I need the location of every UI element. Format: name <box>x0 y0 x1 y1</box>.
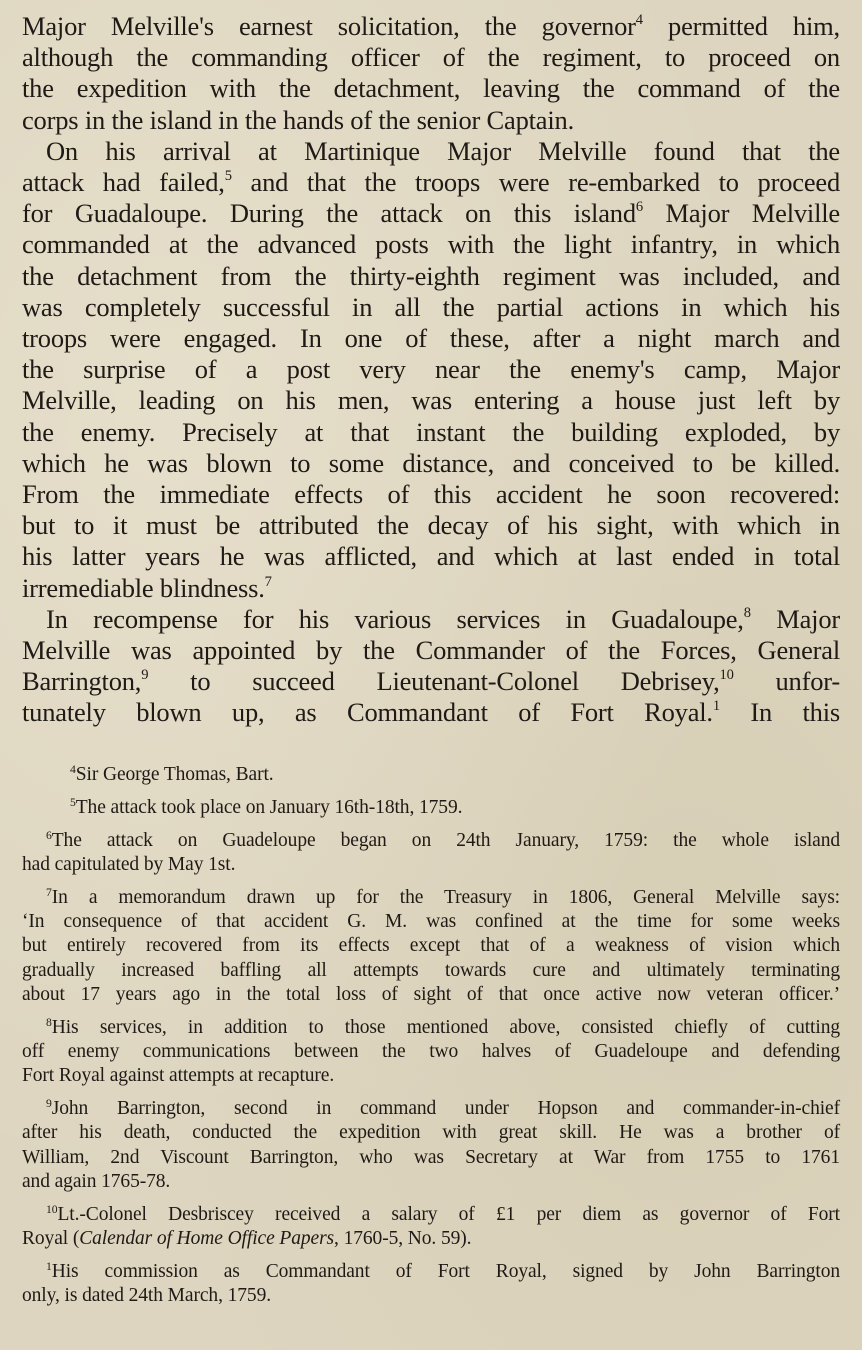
footnote-text: Fort Royal against attempts at recapture… <box>22 1064 840 1088</box>
footnote-ref-10[interactable]: 10 <box>720 667 734 683</box>
footnote-ref-6[interactable]: 6 <box>636 199 643 215</box>
paragraph-2: On his arrival at Martinique Major Melvi… <box>22 136 840 604</box>
text-line: the enemy. Precisely at that instant the… <box>22 417 840 448</box>
text-line: Melville, leading on his men, was enteri… <box>22 385 840 416</box>
footnote-text: off enemy communications between the two… <box>22 1040 840 1064</box>
footnote-text: William, 2nd Viscount Barrington, who wa… <box>22 1146 840 1170</box>
text-line: although the commanding officer of the r… <box>22 42 840 73</box>
text-line: the detachment from the thirty-eighth re… <box>22 261 840 292</box>
footnote-ref-1[interactable]: 1 <box>713 699 720 715</box>
footnote-4: 4Sir George Thomas, Bart. <box>22 763 840 787</box>
footnote-text: Lt.-Colonel Desbriscey received a salary… <box>58 1204 841 1225</box>
text-line: commanded at the advanced posts with the… <box>22 229 840 260</box>
footnote-text: after his death, conducted the expeditio… <box>22 1121 840 1145</box>
footnote-text: His services, in addition to those menti… <box>52 1017 840 1038</box>
footnote-text: His commission as Commandant of Fort Roy… <box>52 1261 840 1282</box>
footnote-text: John Barrington, second in command under… <box>52 1098 840 1119</box>
footnote-10: 10Lt.-Colonel Desbriscey received a sala… <box>22 1203 840 1252</box>
text-line: troops were engaged. In one of these, af… <box>22 323 840 354</box>
footnote-text: and again 1765-78. <box>22 1170 840 1194</box>
footnote-ref-5[interactable]: 5 <box>225 168 232 184</box>
paragraph-3: In recompense for his various services i… <box>22 604 840 729</box>
text-line: the expedition with the detachment, leav… <box>22 73 840 104</box>
footnote-ref-4[interactable]: 4 <box>636 12 643 28</box>
footnote-ref-8[interactable]: 8 <box>744 605 751 621</box>
footnote-text: Royal (Calendar of Home Office Papers, 1… <box>22 1227 840 1251</box>
text-line: tunately blown up, as Commandant of Fort… <box>22 697 840 728</box>
footnote-text: In a memorandum drawn up for the Treasur… <box>52 887 840 908</box>
text-line: the surprise of a post very near the ene… <box>22 354 840 385</box>
footnote-text: only, is dated 24th March, 1759. <box>22 1284 840 1308</box>
footnote-7: 7In a memorandum drawn up for the Treasu… <box>22 886 840 1007</box>
text-line: his latter years he was afflicted, and w… <box>22 541 840 572</box>
footnote-text: Sir George Thomas, Bart. <box>76 764 274 785</box>
text-line: Melville was appointed by the Commander … <box>22 635 840 666</box>
footnote-text: gradually increased baffling all attempt… <box>22 959 840 983</box>
text-line: attack had failed,5 and that the troops … <box>22 167 840 198</box>
text-line: which he was blown to some distance, and… <box>22 448 840 479</box>
text-line: Major Melville's earnest solicitation, t… <box>22 11 840 42</box>
footnote-text: The attack on Guadeloupe began on 24th J… <box>52 830 840 851</box>
text-line: but to it must be attributed the decay o… <box>22 510 840 541</box>
footnote-ref-7[interactable]: 7 <box>265 574 272 590</box>
cited-title: Calendar of Home Office Papers <box>79 1228 334 1249</box>
text-line: In recompense for his various services i… <box>22 604 840 635</box>
footnote-marker: 10 <box>46 1203 58 1216</box>
footnote-1: 1His commission as Commandant of Fort Ro… <box>22 1260 840 1309</box>
footnote-5: 5The attack took place on January 16th-1… <box>22 796 840 820</box>
footnote-text: ‘In consequence of that accident G. M. w… <box>22 910 840 934</box>
text-line: Barrington,9 to succeed Lieutenant-Colon… <box>22 666 840 697</box>
footnote-6: 6The attack on Guadeloupe began on 24th … <box>22 829 840 878</box>
book-page: Major Melville's earnest solicitation, t… <box>0 0 862 1350</box>
text-line: irremediable blindness.7 <box>22 573 840 604</box>
footnotes-section: 4Sir George Thomas, Bart. 5The attack to… <box>22 763 840 1317</box>
footnote-8: 8His services, in addition to those ment… <box>22 1016 840 1089</box>
text-line: corps in the island in the hands of the … <box>22 105 840 136</box>
footnote-9: 9John Barrington, second in command unde… <box>22 1097 840 1194</box>
footnote-text: but entirely recovered from its effects … <box>22 934 840 958</box>
footnote-text: about 17 years ago in the total loss of … <box>22 983 840 1007</box>
paragraph-1: Major Melville's earnest solicitation, t… <box>22 11 840 136</box>
footnote-text: The attack took place on January 16th-18… <box>76 797 463 818</box>
footnote-text: had capitulated by May 1st. <box>22 853 840 877</box>
text-line: was completely successful in all the par… <box>22 292 840 323</box>
main-text: Major Melville's earnest solicitation, t… <box>22 11 840 729</box>
text-line: On his arrival at Martinique Major Melvi… <box>22 136 840 167</box>
text-line: for Guadaloupe. During the attack on thi… <box>22 198 840 229</box>
text-line: From the immediate effects of this accid… <box>22 479 840 510</box>
